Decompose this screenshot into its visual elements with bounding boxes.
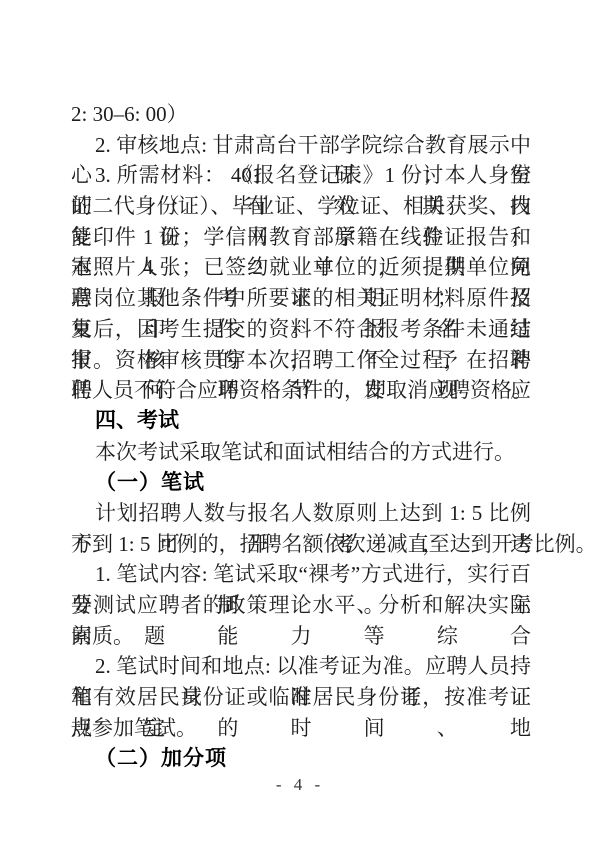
page-number: - 4 - — [0, 775, 600, 795]
text-line: 本次考试采取笔试和面试相结合的方式进行。 — [71, 437, 531, 468]
document-body: 2: 30–6: 00）2. 审核地点: 甘肃高台干部学院综合教育展示中心 40… — [71, 99, 531, 774]
section-heading: （二）加分项 — [71, 743, 531, 774]
text-line: 和有效居民身份证或临时居民身份证，按准考证规定的时间、地 — [71, 682, 531, 713]
text-line: 报。资格审核贯穿本次招聘工作全过程，在招聘任何环节发现应 — [71, 345, 531, 376]
text-line: 3. 所需材料： 《报名登记表》1 份；本人身份证（有效期内 — [71, 160, 531, 191]
text-line: 聘岗位其他条件中所要求的相关证明材料原件及复印件。报名结 — [71, 283, 531, 314]
text-line: 束后，因考生提交的资料不符合报考条件未通过审核的，不予补 — [71, 314, 531, 345]
document-page: 2: 30–6: 00）2. 审核地点: 甘肃高台干部学院综合教育展示中心 40… — [0, 0, 600, 851]
text-line: 聘人员不符合应聘资格条件的，即取消应聘资格。 — [71, 375, 531, 406]
text-line: 2. 审核地点: 甘肃高台干部学院综合教育展示中心 401 研讨室 — [71, 130, 531, 161]
text-line: 冠照片 4 张；已签约就业单位的，须提供单位同意报考证明；招 — [71, 252, 531, 283]
section-heading: 四、考试 — [71, 406, 531, 437]
text-line: 不到 1: 5 比例的，招聘名额依次递减直至达到开考比例。 — [71, 529, 531, 560]
text-line: 1. 笔试内容: 笔试采取“裸考”方式进行，实行百分制。主 — [71, 559, 531, 590]
text-line: 2: 30–6: 00） — [71, 99, 531, 130]
text-line: 要测试应聘者的政策理论水平、分析和解决实际问题能力等综合 — [71, 590, 531, 621]
text-line: 计划招聘人数与报名人数原则上达到 1: 5 比例方可开考，达 — [71, 498, 531, 529]
text-line: 2. 笔试时间和地点: 以准考证为准。应聘人员持笔试准考证 — [71, 651, 531, 682]
text-line: 复印件 1 份；学信网教育部学籍在线验证报告；本人 2 寸近期免 — [71, 222, 531, 253]
section-heading: （一）笔试 — [71, 467, 531, 498]
text-line: 的二代身份证）、毕业证、学位证、相关获奖、技能证书原件和 — [71, 191, 531, 222]
